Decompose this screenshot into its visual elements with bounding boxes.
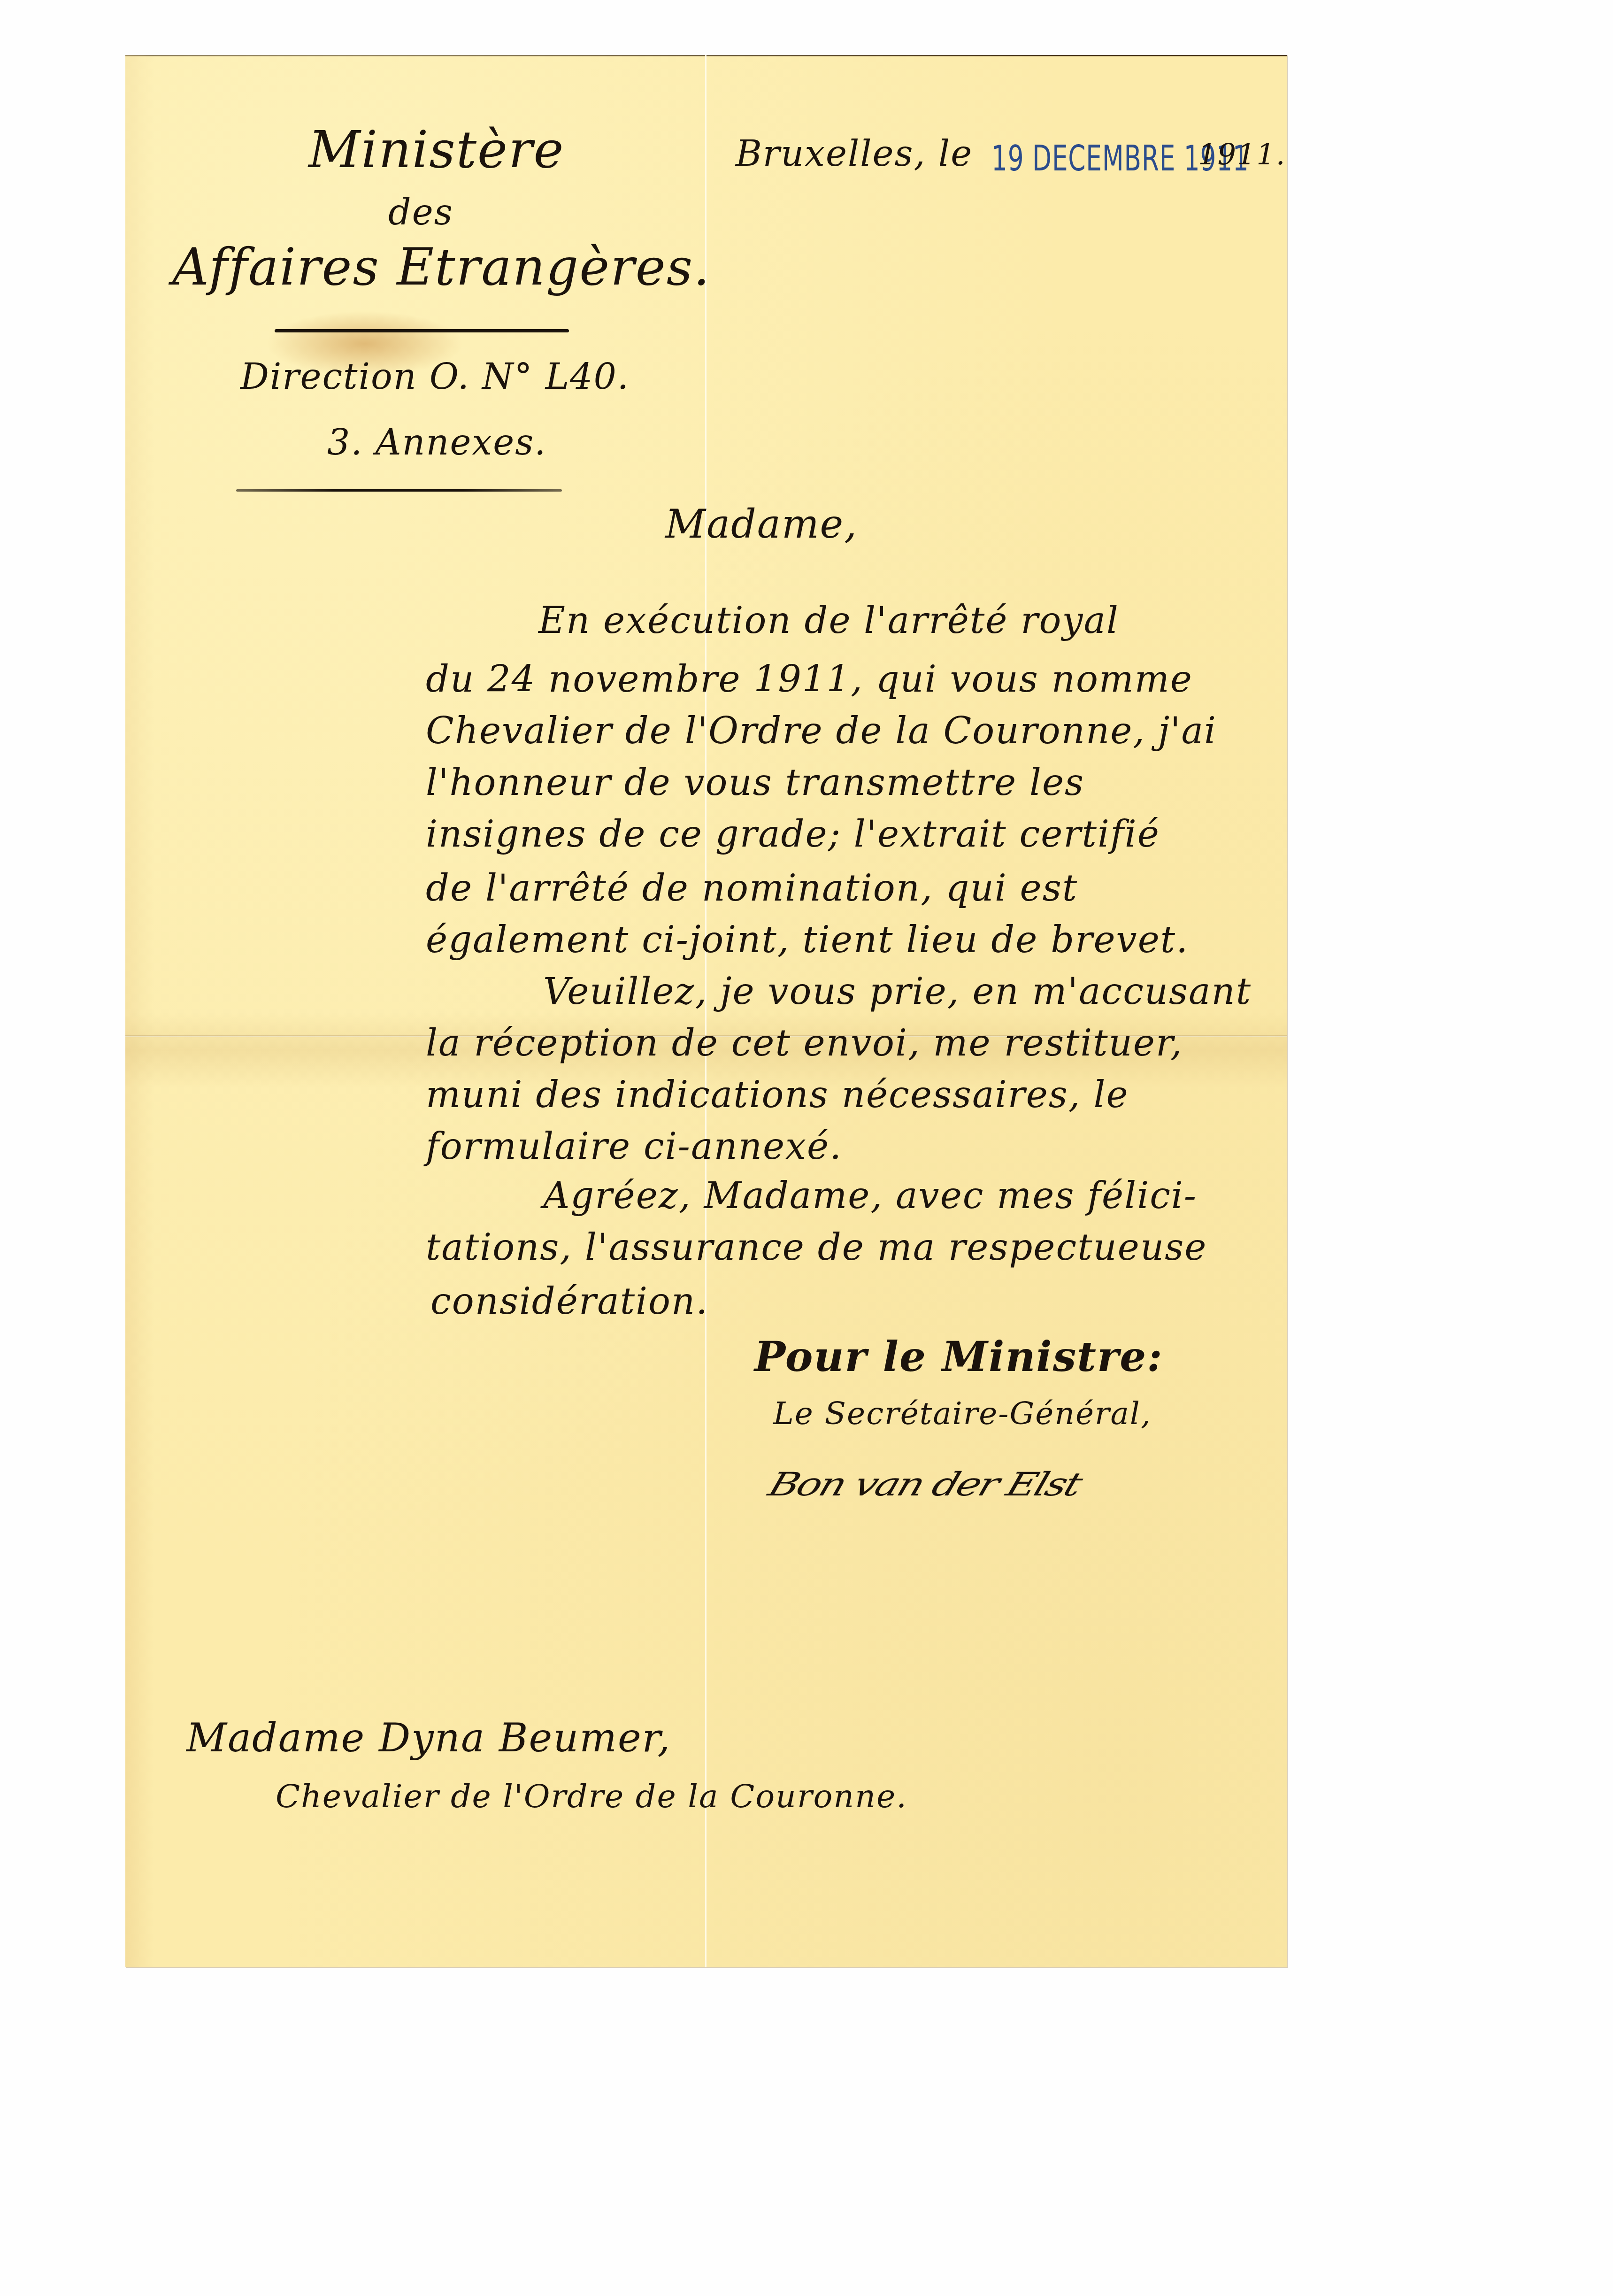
body-line: Veuillez, je vous prie, en m'accusant	[543, 971, 1252, 1013]
body-line: Chevalier de l'Ordre de la Couronne, j'a…	[426, 710, 1217, 752]
body-line: considération.	[430, 1280, 708, 1323]
body-line: muni des indications nécessaires, le	[426, 1074, 1129, 1116]
letter-paper: Ministère des Affaires Etrangères. Direc…	[125, 55, 1287, 1967]
dateline-place: Bruxelles, le	[736, 132, 973, 174]
letterhead-rule-bottom	[236, 489, 562, 492]
letterhead-rule-top	[275, 329, 569, 332]
body-line: du 24 novembre 1911, qui vous nomme	[426, 658, 1193, 701]
signature: Bon van der Elst	[764, 1466, 1086, 1503]
body-line: Agréez, Madame, avec mes félici-	[543, 1175, 1197, 1217]
body-line: la réception de cet envoi, me restituer,	[426, 1022, 1183, 1064]
body-line: également ci-joint, tient lieu de brevet…	[426, 919, 1189, 961]
closing-on-behalf: Pour le Ministre:	[754, 1332, 1163, 1381]
annexes-count: 3. Annexes.	[327, 421, 546, 463]
body-line: formulaire ci-annexé.	[426, 1125, 842, 1168]
body-line: En exécution de l'arrêté royal	[538, 600, 1119, 642]
direction-reference: Direction O. N° L40.	[240, 355, 630, 397]
body-line: l'honneur de vous transmettre les	[426, 762, 1084, 804]
salutation: Madame,	[665, 501, 858, 547]
letterhead-des: des	[388, 191, 453, 233]
body-line: insignes de ce grade; l'extrait certifié	[426, 813, 1160, 855]
closing-title: Le Secrétaire-Général,	[773, 1395, 1152, 1432]
letterhead-ministry: Ministère	[308, 121, 565, 179]
letterhead-department: Affaires Etrangères.	[172, 238, 710, 297]
dateline-year: 1911.	[1198, 137, 1286, 171]
addressee-title: Chevalier de l'Ordre de la Couronne.	[276, 1778, 907, 1815]
addressee-name: Madame Dyna Beumer,	[186, 1715, 671, 1761]
body-line: de l'arrêté de nomination, qui est	[426, 867, 1078, 909]
body-line: tations, l'assurance de ma respectueuse	[426, 1226, 1207, 1269]
